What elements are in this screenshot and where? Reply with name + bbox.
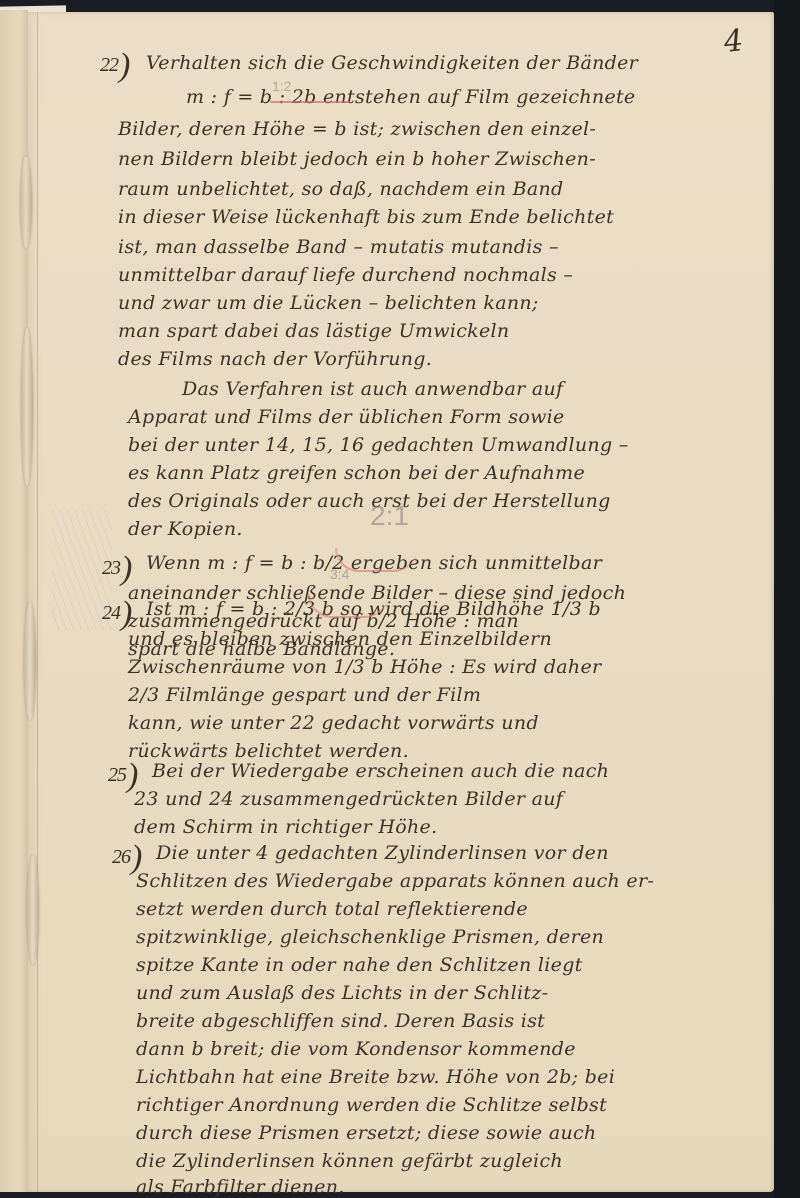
text-line: unmittelbar darauf liefe durchend nochma… [118, 264, 573, 286]
text-line: 23 und 24 zusammengedrückten Bilder auf [134, 788, 563, 810]
scan-background [774, 0, 800, 1198]
text-line: bei der unter 14, 15, 16 gedachten Umwan… [128, 434, 629, 456]
text-line: Die unter 4 gedachten Zylinderlinsen vor… [156, 842, 609, 864]
text-line: die Zylinderlinsen können gefärbt zuglei… [136, 1150, 563, 1172]
text-line: Bei der Wiedergabe erscheinen auch die n… [152, 760, 609, 782]
binding-gutter [37, 12, 38, 1192]
text-line: breite abgeschliffen sind. Deren Basis i… [136, 1010, 545, 1032]
text-line: rückwärts belichtet werden. [128, 740, 409, 762]
text-line: Schlitzen des Wiedergabe apparats können… [136, 870, 654, 892]
text-line: dem Schirm in richtiger Höhe. [134, 816, 437, 838]
text-line: es kann Platz greifen schon bei der Aufn… [128, 462, 585, 484]
paragraph-number: 24 [102, 590, 131, 628]
paragraph-number: 22 [100, 42, 129, 80]
binding-stitch [24, 602, 36, 720]
pencil-annotation-ratio: 2:1 [370, 500, 409, 532]
text-line: des Films nach der Vorführung. [118, 348, 432, 370]
text-line: als Farbfilter dienen. [136, 1176, 345, 1198]
text-line: und zum Auslaß des Lichts in der Schlitz… [136, 982, 548, 1004]
red-pencil-underline [270, 101, 350, 103]
red-pencil-mark [308, 594, 388, 618]
binding-stitch [20, 156, 32, 248]
text-line: Verhalten sich die Geschwindigkeiten der… [146, 52, 766, 74]
text-line: Zwischenräume von 1/3 b Höhe : Es wird d… [128, 656, 601, 678]
text-line: ist, man dasselbe Band – mutatis mutandi… [118, 236, 559, 258]
text-line: man spart dabei das lästige Umwickeln [118, 320, 509, 342]
paragraph-number: 25 [108, 752, 137, 790]
text-line: und zwar um die Lücken – belichten kann; [118, 292, 539, 314]
text-line: raum unbelichtet, so daß, nachdem ein Ba… [118, 178, 564, 200]
paragraph-number: 26 [112, 834, 141, 872]
text-line: spitze Kante in oder nahe den Schlitzen … [136, 954, 583, 976]
text-line: kann, wie unter 22 gedacht vorwärts und [128, 712, 539, 734]
binding-stitch [21, 328, 33, 486]
text-line: und es bleiben zwischen den Einzelbilder… [128, 628, 552, 650]
text-line: Lichtbahn hat eine Breite bzw. Höhe von … [136, 1066, 615, 1088]
text-line: dann b breit; die vom Kondensor kommende [136, 1038, 576, 1060]
text-line: spitzwinklige, gleichschenklige Prismen,… [136, 926, 604, 948]
binding-stitch [27, 855, 39, 965]
text-line: m : f = b : 2b entstehen auf Film gezeic… [186, 86, 635, 108]
text-line: Apparat und Films der üblichen Form sowi… [128, 406, 565, 428]
text-line: richtiger Anordnung werden die Schlitze … [136, 1094, 607, 1116]
text-line: durch diese Prismen ersetzt; diese sowie… [136, 1122, 596, 1144]
pencil-annotation-ratio: 3:4 [330, 566, 349, 582]
paragraph-number: 23 [102, 545, 131, 583]
text-line: setzt werden durch total reflektierende [136, 898, 528, 920]
text-line: Bilder, deren Höhe = b ist; zwischen den… [118, 118, 596, 140]
text-line: 2/3 Filmlänge gespart und der Film [128, 684, 481, 706]
text-line: nen Bildern bleibt jedoch ein b hoher Zw… [118, 148, 596, 170]
text-line: der Kopien. [128, 518, 243, 540]
pencil-annotation-ratio: 1:2 [272, 78, 291, 94]
text-line: in dieser Weise lückenhaft bis zum Ende … [118, 206, 614, 228]
text-line: Das Verfahren ist auch anwendbar auf [182, 378, 563, 400]
